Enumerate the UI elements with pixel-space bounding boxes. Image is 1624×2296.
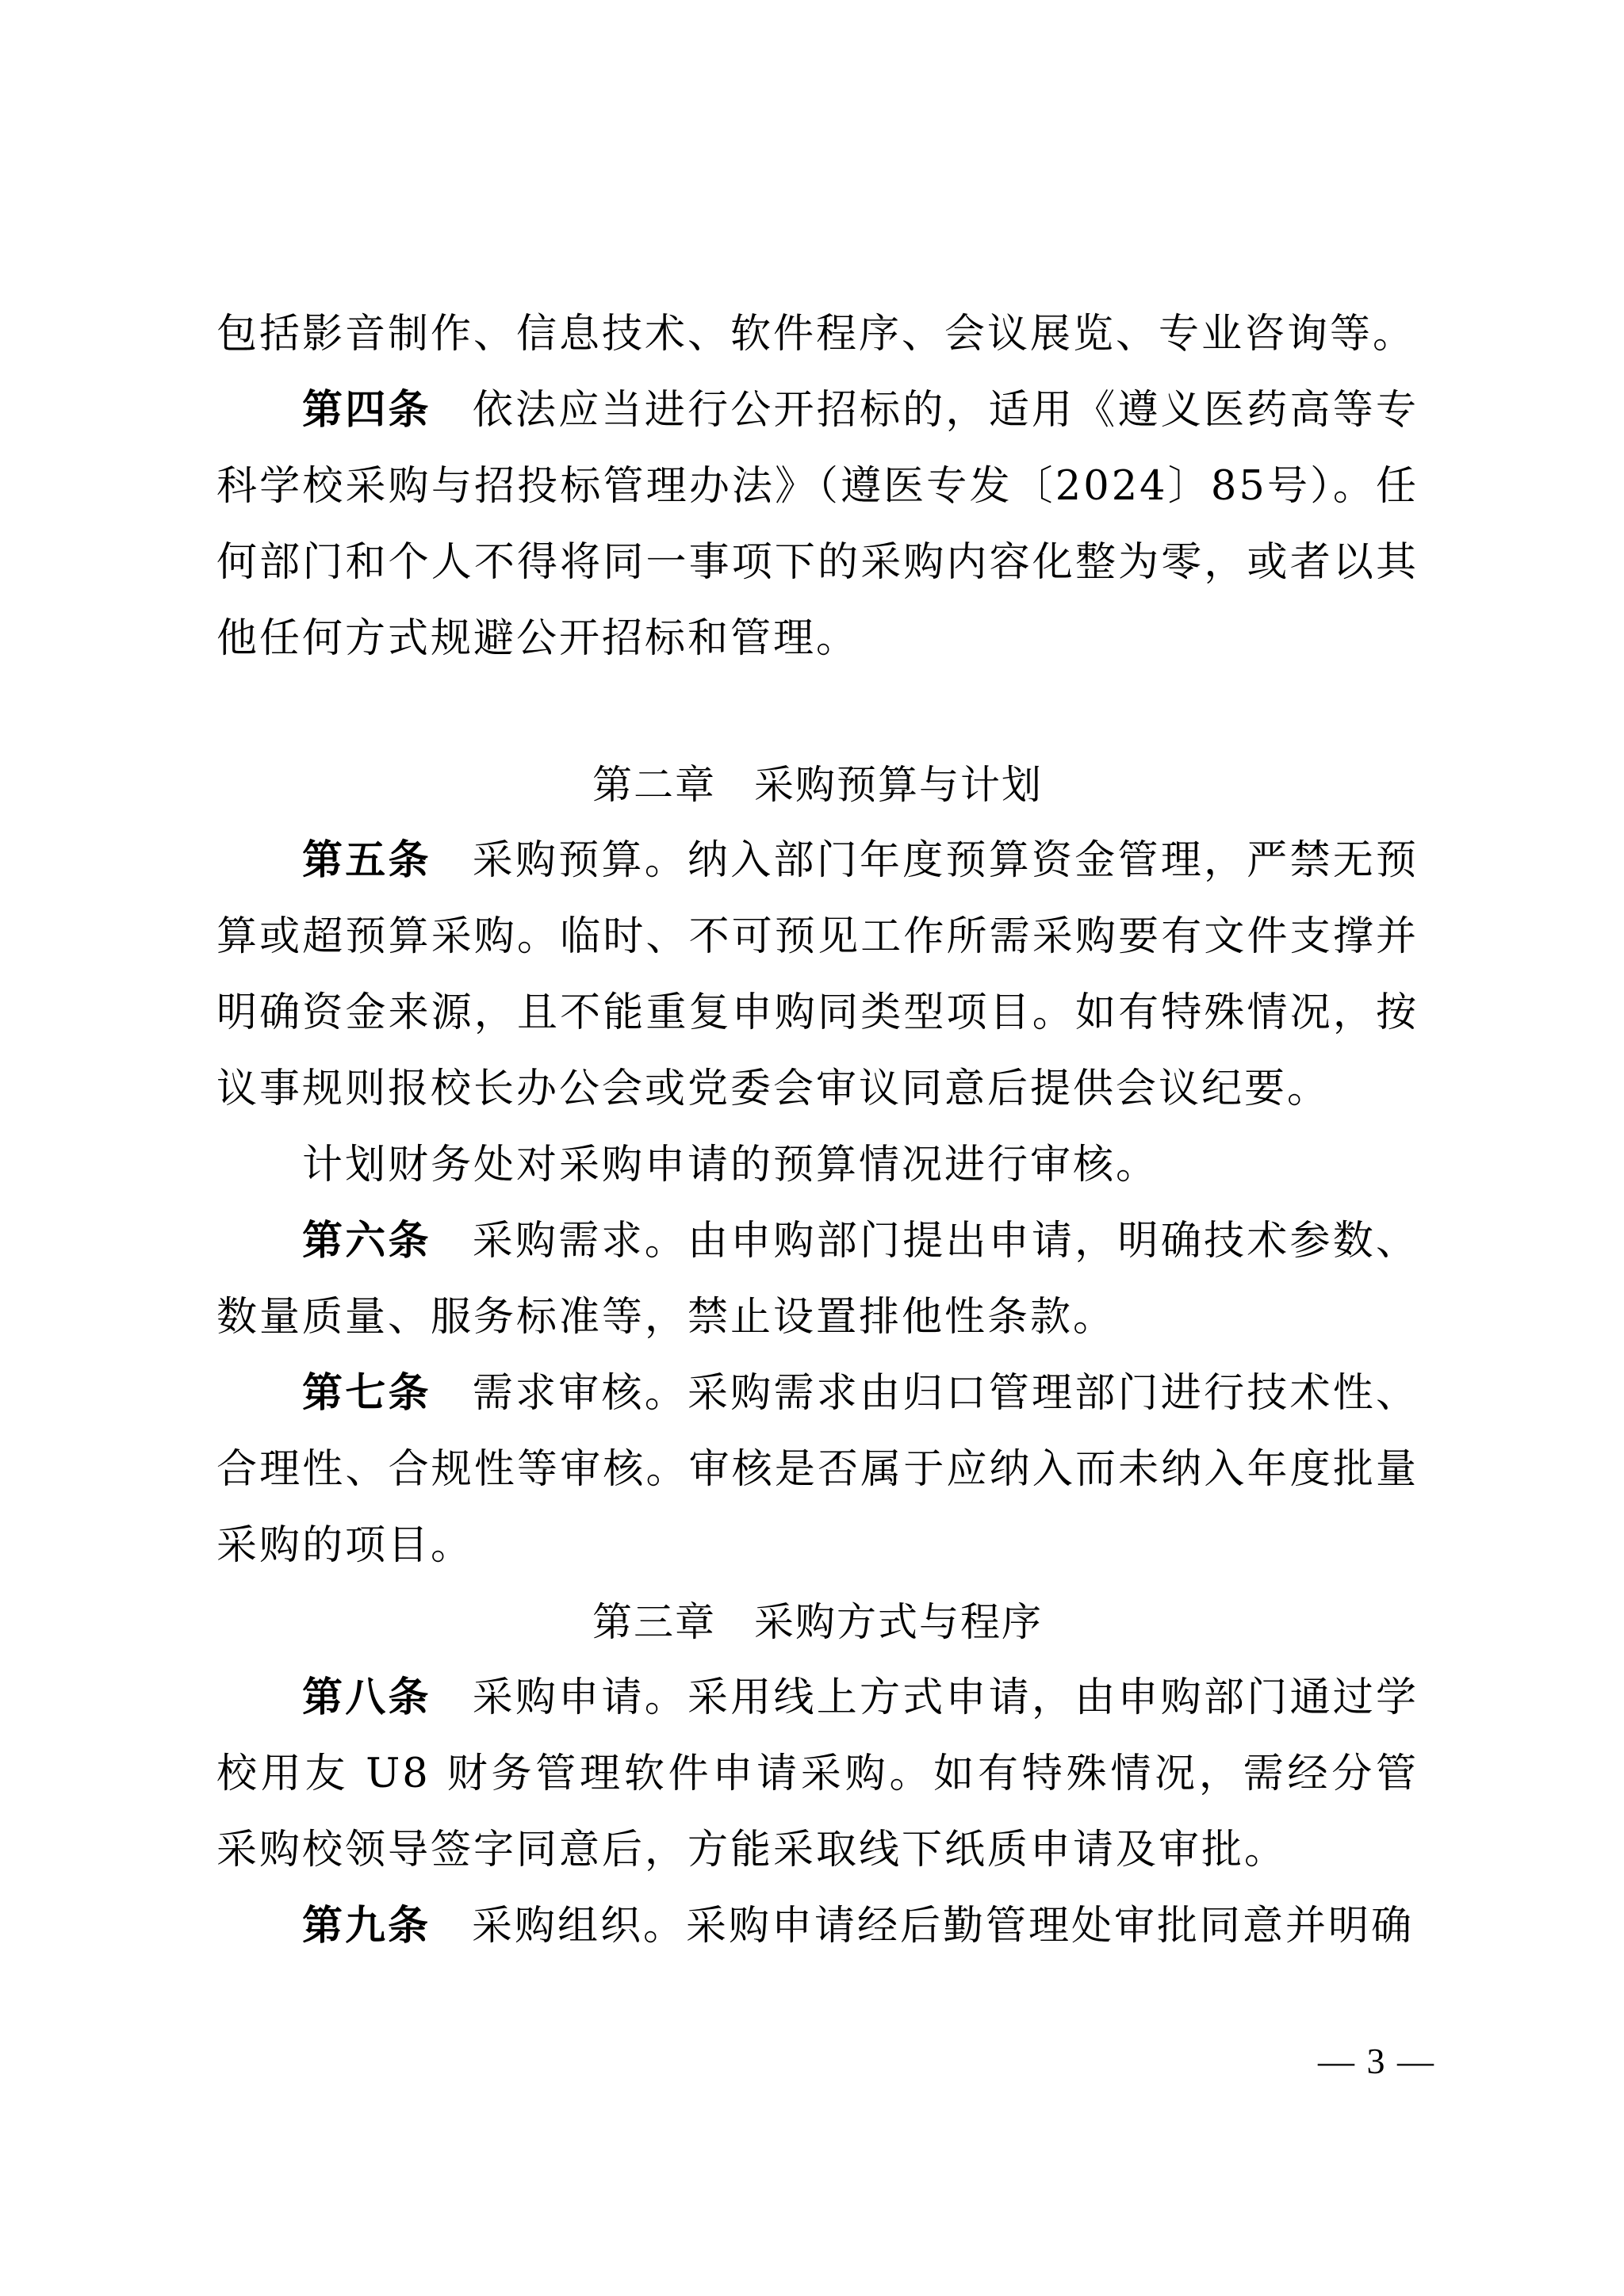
page-number: — 3 — — [1277, 2038, 1435, 2085]
article-6: 第六条采购需求。由申购部门提出申请，明确技术参数、数量质量、服务标准等，禁止设置… — [216, 1203, 1419, 1356]
article-9-text: 采购组织。采购申请经后勤管理处审批同意并明确 — [472, 1903, 1414, 1950]
chapter-3-number: 第三章 — [592, 1599, 716, 1645]
document-body: 包括影音制作、信息技术、软件程序、会议展览、专业咨询等。 第四条依法应当进行公开… — [216, 297, 1419, 1965]
continuation-text: 包括影音制作、信息技术、软件程序、会议展览、专业咨询等。 — [216, 311, 1415, 358]
chapter-3-title: 采购方式与程序 — [754, 1599, 1043, 1645]
article-5-note: 计划财务处对采购申请的预算情况进行审核。 — [216, 1127, 1419, 1203]
article-4-label: 第四条 — [302, 387, 431, 434]
chapter-3-heading: 第三章采购方式与程序 — [216, 1584, 1419, 1660]
continuation-paragraph: 包括影音制作、信息技术、软件程序、会议展览、专业咨询等。 — [216, 297, 1419, 373]
article-5: 第五条采购预算。纳入部门年度预算资金管理，严禁无预算或超预算采购。临时、不可预见… — [216, 823, 1419, 1127]
article-9: 第九条采购组织。采购申请经后勤管理处审批同意并明确 — [216, 1888, 1419, 1965]
article-6-label: 第六条 — [302, 1218, 431, 1265]
article-8: 第八条采购申请。采用线上方式申请，由申购部门通过学校用友 U8 财务管理软件申请… — [216, 1660, 1419, 1888]
article-9-label: 第九条 — [302, 1903, 431, 1950]
section-gap — [216, 677, 1419, 747]
article-7: 第七条需求审核。采购需求由归口管理部门进行技术性、合理性、合规性等审核。审核是否… — [216, 1356, 1419, 1584]
document-page: 包括影音制作、信息技术、软件程序、会议展览、专业咨询等。 第四条依法应当进行公开… — [0, 0, 1624, 2296]
chapter-2-title: 采购预算与计划 — [754, 762, 1043, 808]
article-4: 第四条依法应当进行公开招标的，适用《遵义医药高等专科学校采购与招投标管理办法》（… — [216, 373, 1419, 677]
chapter-2-number: 第二章 — [592, 762, 716, 808]
chapter-2-heading: 第二章采购预算与计划 — [216, 747, 1419, 823]
article-7-label: 第七条 — [302, 1370, 431, 1417]
article-5-label: 第五条 — [302, 837, 431, 884]
article-8-label: 第八条 — [302, 1674, 431, 1721]
article-5-note-text: 计划财务处对采购申请的预算情况进行审核。 — [302, 1142, 1159, 1188]
